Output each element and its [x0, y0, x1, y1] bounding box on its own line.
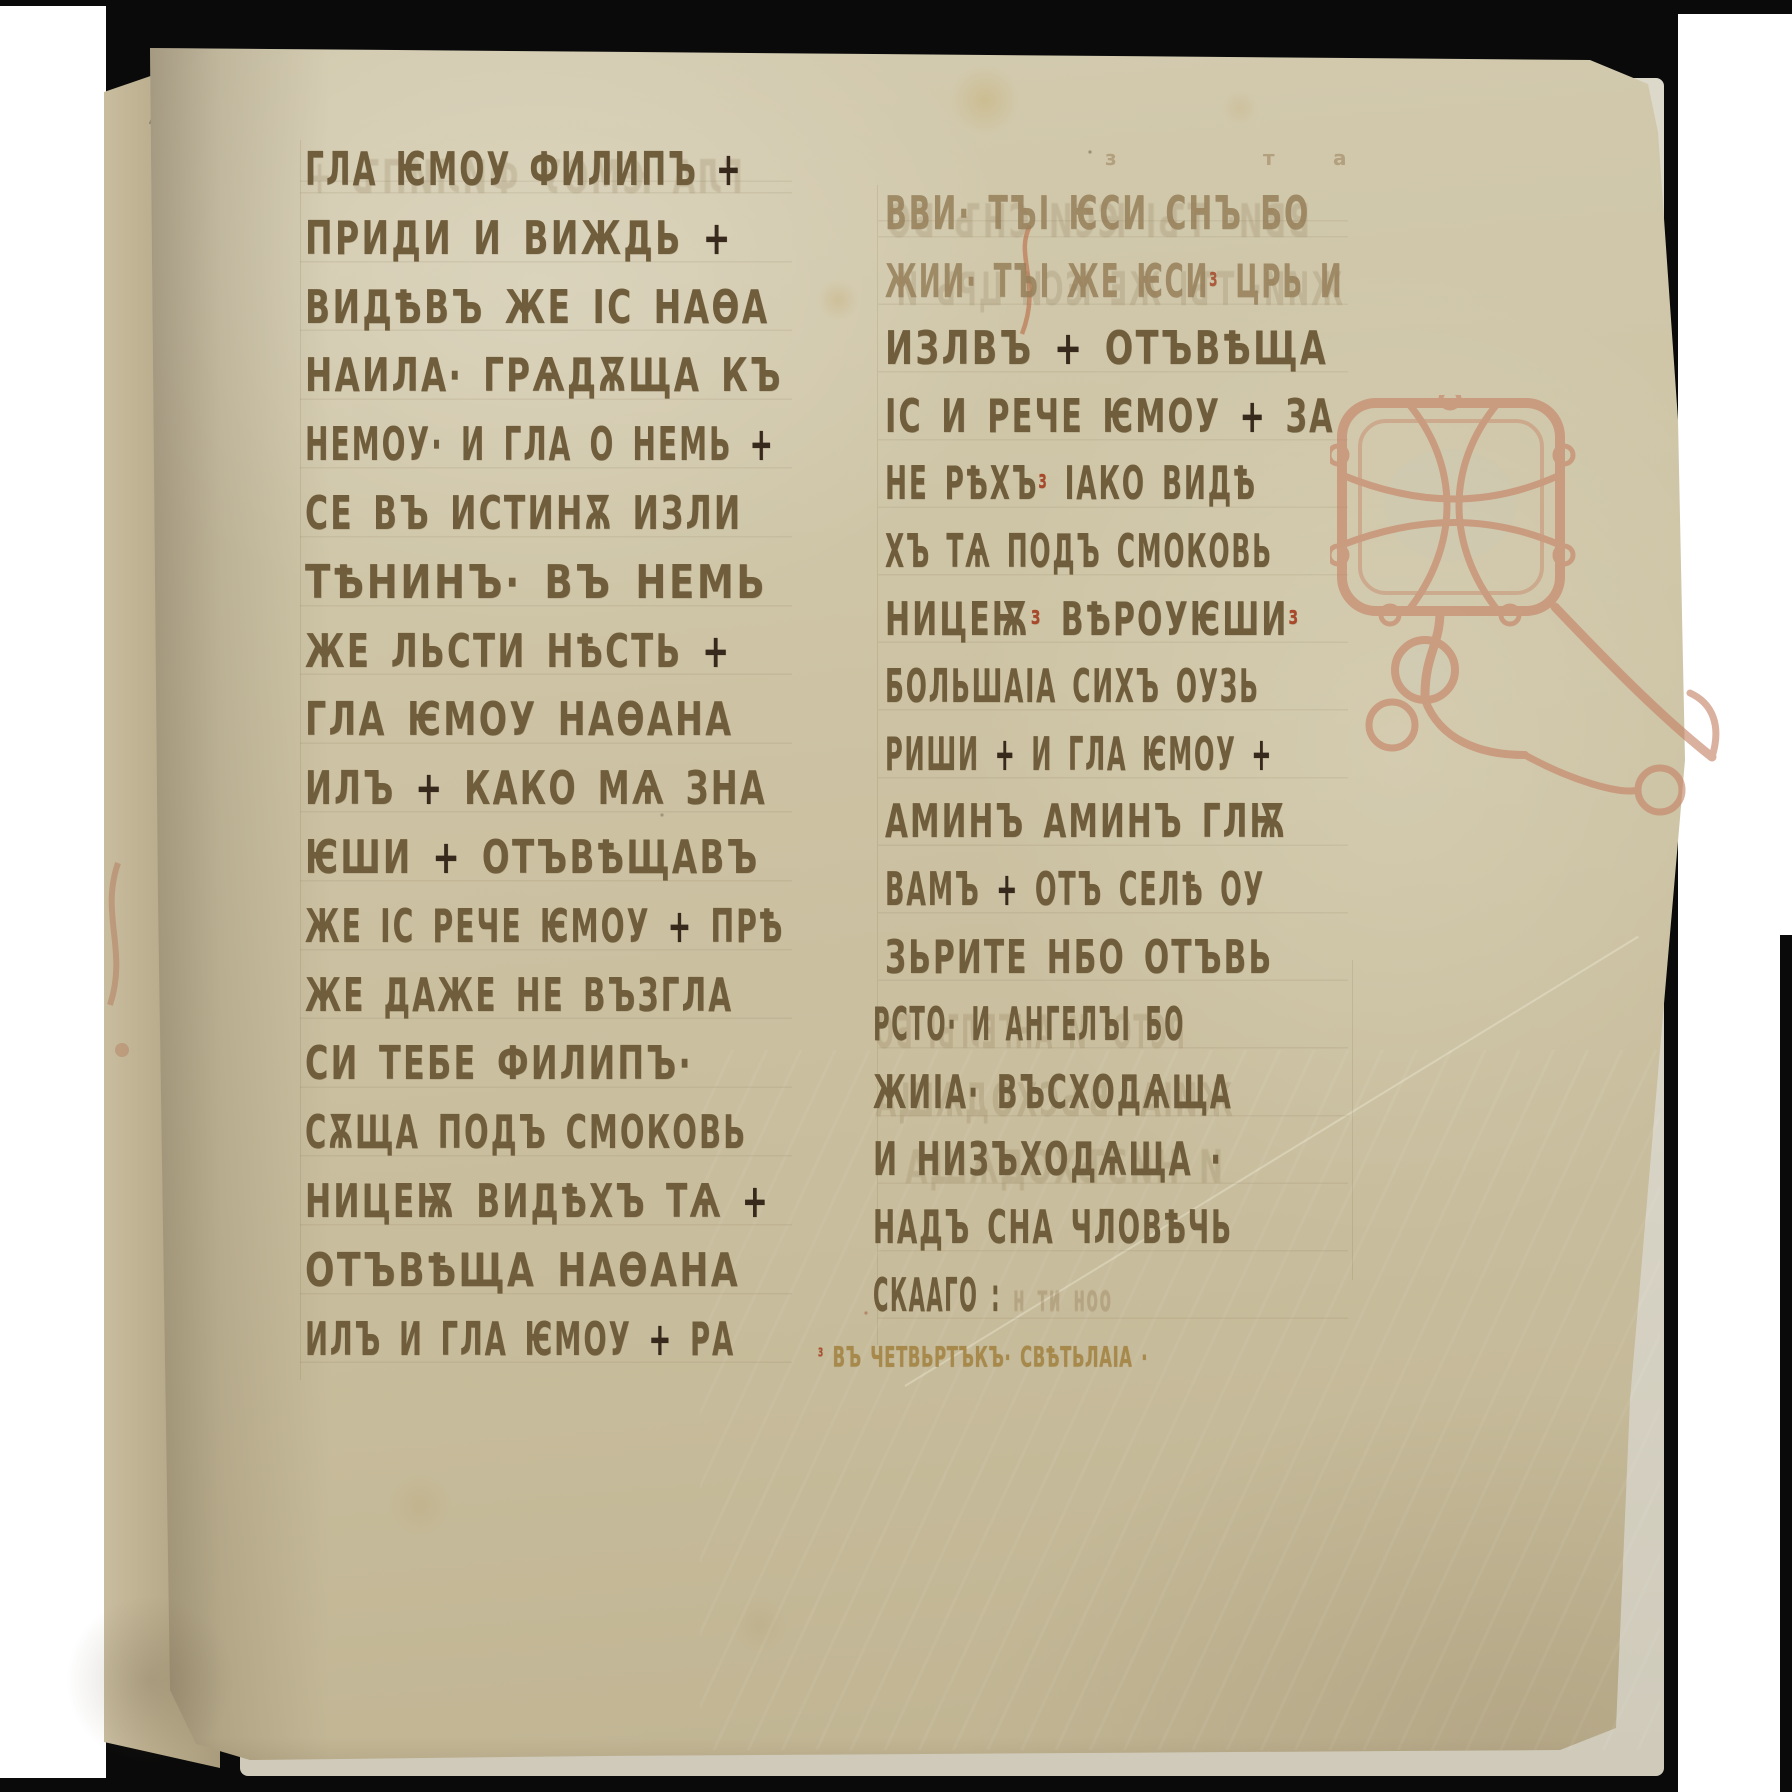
line-ink: ЖЕ ІС РЕЧЕ ѤМОУ + ПРѢ — [305, 899, 785, 953]
cross-punctuation: + — [996, 862, 1019, 916]
cross-punctuation: + — [415, 761, 444, 815]
cross-punctuation: + — [1239, 389, 1267, 443]
superscript-mark: т — [1263, 146, 1275, 170]
line-ink: СКААГО :н ти ноо — [873, 1268, 1112, 1322]
line-ink: СѪЩА ПОДЪ СМОКОВЬ — [305, 1105, 747, 1159]
line-ink: НЕМОУ· И ГЛА О НЕМЬ + — [305, 417, 775, 471]
line-ink: НАИЛА· ГРѦДѪЩА КЪ — [305, 348, 783, 402]
line-ink: РИШИ + И ГЛА ѤМОУ + — [885, 727, 1273, 781]
text-line: И НИЗЪХОДѦЩА ·И НИЗЪХОДѦЩА · — [873, 1132, 1223, 1190]
line-ink: ИЛЪ И ГЛА ѤМОУ + РА — [305, 1312, 735, 1366]
scan-margin-left — [0, 6, 106, 1778]
cross-punctuation: + — [1054, 321, 1084, 375]
text-line: НЕМОУ· И ГЛА О НЕМЬ + — [305, 417, 775, 475]
line-ink: ЗЬРИТЕ НБО ОТЪВЬ — [885, 930, 1273, 984]
superscript-mark: з — [1105, 146, 1117, 170]
cross-punctuation: + — [750, 417, 776, 471]
superscript-mark: а — [1333, 146, 1347, 170]
cross-punctuation: + — [995, 727, 1017, 781]
text-line: ѤШИ + ОТЪВѢЩАВЪ — [305, 830, 760, 888]
text-line: ИЛЪ + КАКО МѦ ЗНА — [305, 761, 767, 819]
text-line: РИШИ + И ГЛА ѤМОУ + — [885, 727, 1273, 785]
text-line: ЖИИ· ТЪІ ЖЕ ѤСИ ЦРЬ ИЖИИ· ТЪІ ЖЕ ѤСИз ЦР… — [885, 254, 1343, 312]
text-line: ЖИІА· ВЪСХОДѦЩАЖИІА· ВЪСХОДѦЩА — [873, 1065, 1233, 1123]
text-line: ЖЕ ЛЬСТИ НѢСТЬ + — [305, 624, 732, 682]
rubric-line: з ВЪ ЧЕТВЬРТЪКЪ· СВѢТЬЛАІА · — [818, 1342, 1148, 1382]
line-ink: НИЦЕѬ ВИДѢХЪ ТѦ + — [305, 1174, 770, 1228]
red-bleed-curl-left — [96, 855, 140, 1085]
line-ink: ГЛА ѤМОУ ФИЛИПЪ + — [305, 142, 743, 196]
line-ink: ПРИДИ И ВИЖДЬ + — [305, 211, 733, 265]
line-ink: СЕ ВЪ ИСТИНѪ ИЗЛИ — [305, 486, 742, 540]
line-ink: ИЛЪ + КАКО МѦ ЗНА — [305, 761, 767, 815]
line-ink: ЖЕ ЛЬСТИ НѢСТЬ + — [305, 624, 732, 678]
text-line: ЖЕ ІС РЕЧЕ ѤМОУ + ПРѢ — [305, 899, 785, 957]
cross-punctuation: + — [432, 830, 462, 884]
manuscript-photo: ГЛА ѤМОУ ФИЛИПЪ +ГЛА ѤМОУ ФИЛИПЪ +ПРИДИ … — [0, 0, 1792, 1792]
text-line: СКААГО :н ти ноо — [873, 1268, 1073, 1326]
line-ink: ѤШИ + ОТЪВѢЩАВЪ — [305, 830, 760, 884]
scan-margin-right — [1678, 14, 1792, 1792]
text-line: ГЛА ѤМОУ НАѲАНА — [305, 692, 733, 750]
line-ink: ІС И РЕЧЕ ѤМОУ + ЗА — [885, 389, 1335, 443]
line-ink: СИ ТЕБЕ ФИЛИПЪ· — [305, 1036, 693, 1090]
text-line: НАИЛА· ГРѦДѪЩА КЪ — [305, 348, 783, 406]
line-ink: АМИНЪ АМИНЪ ГЛѬ — [885, 794, 1288, 848]
text-line: НИЦЕѬ ВИДѢХЪ ТѦ + — [305, 1174, 770, 1232]
text-line: РСТО· И АНГЕЛЪІ БОРСТО· И АНГЕЛЪІ БО — [873, 997, 1185, 1055]
line-ink: ВАМЪ + ОТЪ СЕЛѢ ОУ — [885, 862, 1265, 916]
red-correction-mark: з — [1038, 466, 1048, 495]
text-line: ХЪ ТѦ ПОДЪ СМОКОВЬ — [885, 524, 1273, 582]
ruling-vertical — [1352, 960, 1353, 1280]
line-ink: ГЛА ѤМОУ НАѲАНА — [305, 692, 733, 746]
red-correction-mark: з — [818, 1342, 824, 1361]
line-ink: ХЪ ТѦ ПОДЪ СМОКОВЬ — [885, 524, 1273, 578]
knotwork-initial-ornament — [1330, 395, 1720, 845]
text-line: ІС И РЕЧЕ ѤМОУ + ЗА — [885, 389, 1335, 447]
cross-punctuation: + — [742, 1174, 770, 1228]
line-ink: ЖЕ ДАЖЕ НЕ ВЪЗГЛА — [305, 968, 733, 1022]
cross-punctuation: + — [703, 211, 733, 265]
text-line: ВАМЪ + ОТЪ СЕЛѢ ОУ — [885, 862, 1265, 920]
text-line: СѪЩА ПОДЪ СМОКОВЬ — [305, 1105, 747, 1163]
text-line: ПРИДИ И ВИЖДЬ + — [305, 211, 733, 269]
scan-edge-line — [1780, 935, 1792, 1792]
line-ink: ВИДѢВЪ ЖЕ ІС НАѲА — [305, 280, 770, 334]
cross-punctuation: + — [648, 1312, 673, 1366]
text-line: АМИНЪ АМИНЪ ГЛѬ — [885, 794, 1288, 852]
line-ink: ВВИ· ТЪІ ѤСИ СНЪ БО — [885, 186, 1310, 240]
text-line: ВВИ· ТЪІ ѤСИ СНЪ БОВВИ· ТЪІ ѤСИ СНЪ БО — [885, 186, 1310, 244]
line-ink: И НИЗЪХОДѦЩА · — [873, 1132, 1223, 1186]
line-ink: ЖИИ· ТЪІ ЖЕ ѤСИз ЦРЬ И — [885, 254, 1343, 308]
text-line: БОЛЬШАІА СИХЪ ОУЗЬ — [885, 659, 1260, 717]
cross-punctuation: + — [668, 899, 694, 953]
text-line: ИЗЛВЪ + ОТЪВѢЩА — [885, 321, 1328, 379]
text-line: ГЛА ѤМОУ ФИЛИПЪ +ГЛА ѤМОУ ФИЛИПЪ + — [305, 142, 743, 200]
line-ink: НЕ РѢХЪз ІАКО ВИДѢ — [885, 456, 1257, 510]
red-correction-mark: з — [1209, 264, 1219, 293]
line-ink: ЖИІА· ВЪСХОДѦЩА — [873, 1065, 1233, 1119]
cross-punctuation: + — [702, 624, 731, 678]
line-ink: ТѢНИНЪ· ВЪ НЕМЬ — [305, 555, 767, 609]
line-ink: НИЦЕѬз ВѢРОУѤШИз — [885, 592, 1300, 646]
text-line: ЖЕ ДАЖЕ НЕ ВЪЗГЛА — [305, 968, 733, 1026]
text-line: НАДЪ СНА ЧЛОВѢЧЬ — [873, 1200, 1233, 1258]
text-line: ИЛЪ И ГЛА ѤМОУ + РА — [305, 1312, 735, 1370]
ruling-vertical — [300, 140, 301, 1380]
line-ink: БОЛЬШАІА СИХЪ ОУЗЬ — [885, 659, 1260, 713]
red-correction-mark: з — [1288, 602, 1300, 631]
cross-punctuation: + — [1251, 727, 1273, 781]
text-line: НЕ РѢХЪз ІАКО ВИДѢ — [885, 456, 1257, 514]
text-line: ОТЪВѢЩА НАѲАНА — [305, 1243, 740, 1301]
red-correction-mark: з — [1031, 602, 1043, 631]
text-line: НИЦЕѬз ВѢРОУѤШИз — [885, 592, 1300, 650]
text-line: СЕ ВЪ ИСТИНѪ ИЗЛИ — [305, 486, 743, 544]
line-ink: РСТО· И АНГЕЛЪІ БО — [873, 997, 1185, 1051]
text-line: ТѢНИНЪ· ВЪ НЕМЬ — [305, 555, 767, 613]
text-line: СИ ТЕБЕ ФИЛИПЪ· — [305, 1036, 693, 1094]
text-line: ВИДѢВЪ ЖЕ ІС НАѲА — [305, 280, 770, 338]
text-line: ЗЬРИТЕ НБО ОТЪВЬ — [885, 930, 1273, 988]
line-ink: ОТЪВѢЩА НАѲАНА — [305, 1243, 740, 1297]
line-ink: ИЗЛВЪ + ОТЪВѢЩА — [885, 321, 1328, 375]
cross-punctuation: + — [716, 142, 743, 196]
line-ink: НАДЪ СНА ЧЛОВѢЧЬ — [873, 1200, 1233, 1254]
rubric-ink: з ВЪ ЧЕТВЬРТЪКЪ· СВѢТЬЛАІА · — [818, 1342, 1148, 1375]
faded-ghost-letters: н ти ноо — [1001, 1277, 1112, 1320]
